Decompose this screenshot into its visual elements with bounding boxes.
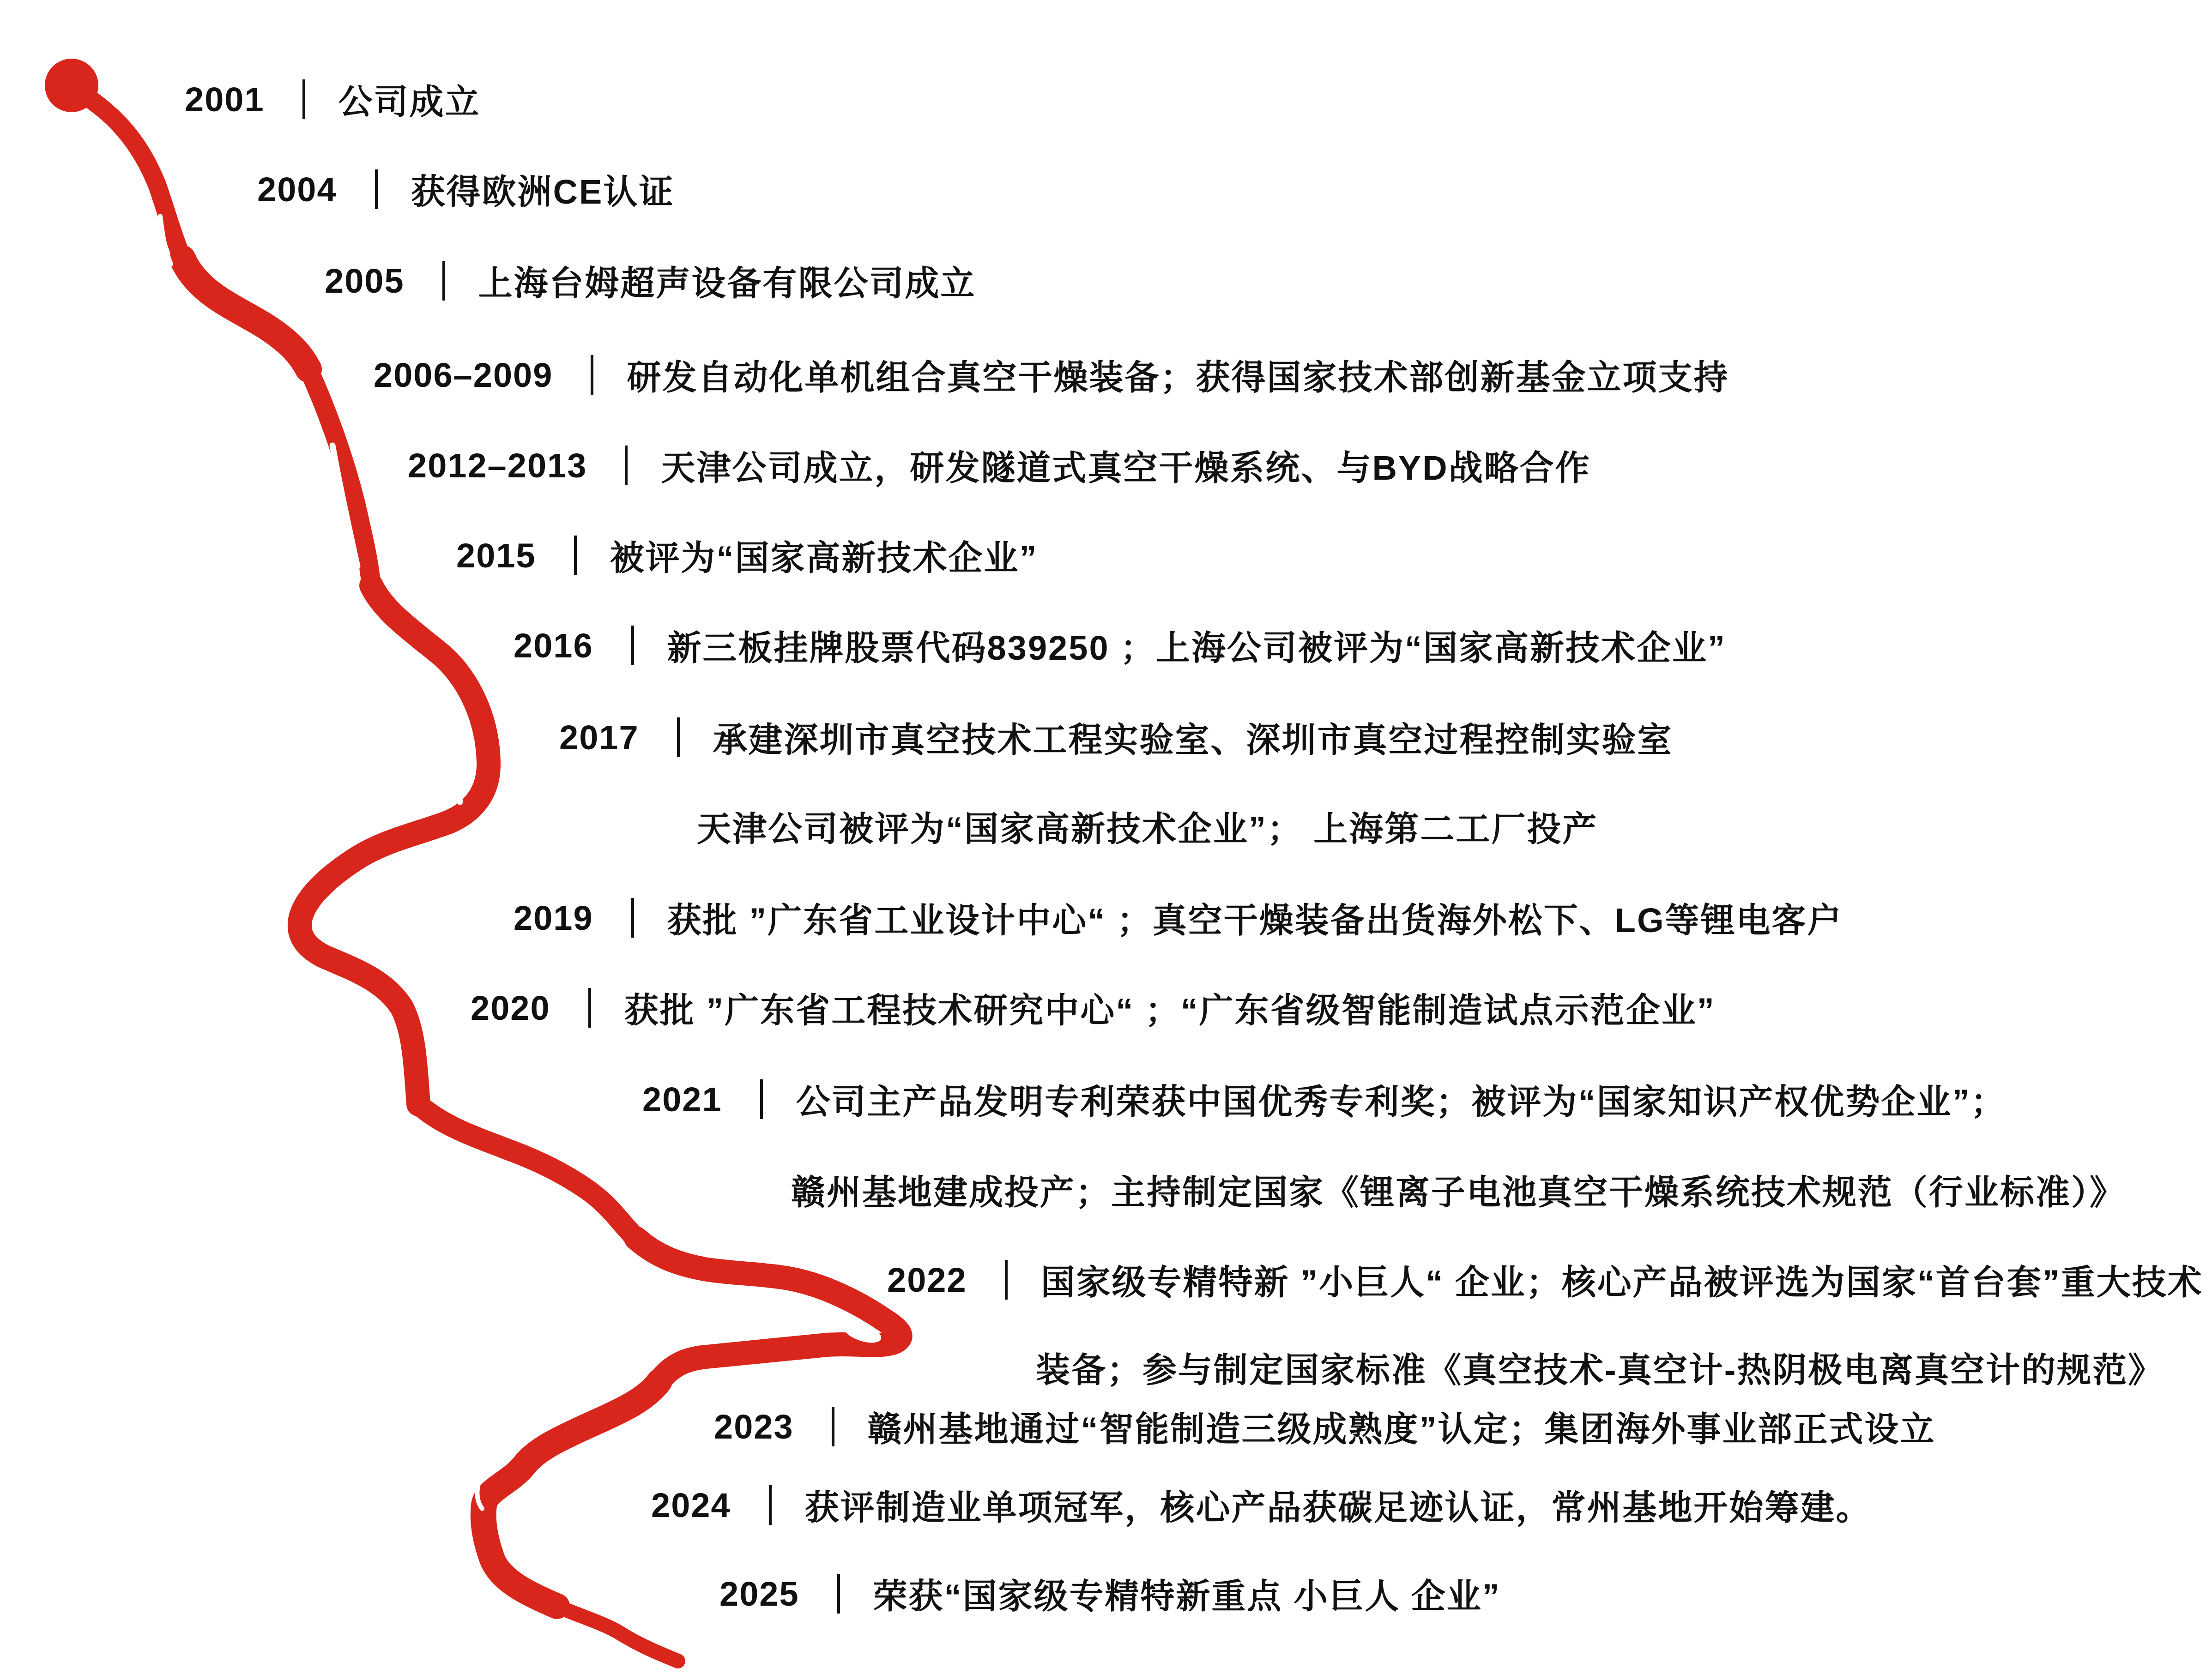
separator-bar bbox=[625, 446, 628, 485]
separator-bar bbox=[760, 1079, 763, 1119]
separator-bar bbox=[837, 1574, 840, 1614]
milestone-text: 获得欧洲CE认证 bbox=[411, 165, 675, 214]
timeline-row: 2020 获批 ”广东省工程技术研究中心“ ；“广东省级智能制造试点示范企业” bbox=[471, 983, 1716, 1032]
milestone-text: 获批 ”广东省工程技术研究中心“ ；“广东省级智能制造试点示范企业” bbox=[624, 983, 1716, 1032]
milestone-text: 国家级专精特新 ”小巨人“ 企业；核心产品被评选为国家“首台套”重大技术 bbox=[1041, 1255, 2203, 1304]
timeline-row: 天津公司被评为“国家高新技术企业”； 上海第二工厂投产 bbox=[697, 802, 1598, 851]
timeline-row: 2023 赣州基地通过“智能制造三级成熟度”认定；集团海外事业部正式设立 bbox=[714, 1402, 1936, 1451]
timeline-row: 2016 新三板挂牌股票代码839250 ；上海公司被评为“国家高新技术企业” bbox=[514, 621, 1726, 670]
milestones-canvas: 2001 公司成立 2004 获得欧洲CE认证 2005 上海台姆超声设备有限公… bbox=[0, 0, 2212, 1674]
year-label: 2006–2009 bbox=[374, 355, 553, 395]
milestone-text: 天津公司成立，研发隧道式真空干燥系统、与BYD战略合作 bbox=[661, 441, 1590, 490]
separator-bar bbox=[591, 355, 593, 395]
milestone-text: 赣州基地通过“智能制造三级成熟度”认定；集团海外事业部正式设立 bbox=[868, 1402, 1936, 1451]
milestone-text: 上海台姆超声设备有限公司成立 bbox=[478, 256, 976, 305]
separator-bar bbox=[588, 988, 591, 1028]
milestone-text: 公司成立 bbox=[338, 75, 481, 124]
separator-bar bbox=[302, 79, 305, 119]
timeline-row: 2025 荣获“国家级专精特新重点 小巨人 企业” bbox=[719, 1569, 1501, 1618]
year-label: 2016 bbox=[514, 626, 593, 665]
timeline: 2001 公司成立 2004 获得欧洲CE认证 2005 上海台姆超声设备有限公… bbox=[0, 0, 2212, 1674]
timeline-row: 装备；参与制定国家标准《真空技术-真空计-热阴极电离真空计的规范》 bbox=[1036, 1343, 2164, 1392]
timeline-row: 2015 被评为“国家高新技术企业” bbox=[456, 531, 1038, 580]
year-label: 2001 bbox=[185, 80, 265, 119]
milestone-text: 公司主产品发明专利荣获中国优秀专利奖；被评为“国家知识产权优势企业”； bbox=[796, 1075, 2007, 1124]
timeline-row: 赣州基地建成投产；主持制定国家《锂离子电池真空干燥系统技术规范（行业标准）》 bbox=[791, 1165, 2125, 1214]
year-label: 2020 bbox=[471, 988, 550, 1028]
timeline-row: 2022 国家级专精特新 ”小巨人“ 企业；核心产品被评选为国家“首台套”重大技… bbox=[887, 1255, 2203, 1304]
milestone-text: 被评为“国家高新技术企业” bbox=[610, 531, 1038, 580]
timeline-row: 2006–2009 研发自动化单机组合真空干燥装备；获得国家技术部创新基金立项支… bbox=[374, 350, 1729, 399]
milestone-text: 新三板挂牌股票代码839250 ；上海公司被评为“国家高新技术企业” bbox=[667, 621, 1727, 670]
separator-bar bbox=[375, 169, 378, 209]
separator-bar bbox=[442, 261, 445, 301]
milestone-text: 天津公司被评为“国家高新技术企业”； 上海第二工厂投产 bbox=[697, 802, 1598, 851]
timeline-row: 2005 上海台姆超声设备有限公司成立 bbox=[325, 256, 976, 305]
year-label: 2024 bbox=[651, 1486, 731, 1525]
milestone-text: 荣获“国家级专精特新重点 小巨人 企业” bbox=[873, 1569, 1501, 1618]
separator-bar bbox=[631, 898, 634, 938]
timeline-row: 2001 公司成立 bbox=[185, 75, 481, 124]
milestone-text: 承建深圳市真空技术工程实验室、深圳市真空过程控制实验室 bbox=[713, 713, 1673, 762]
year-label: 2012–2013 bbox=[408, 446, 587, 485]
timeline-row: 2012–2013 天津公司成立，研发隧道式真空干燥系统、与BYD战略合作 bbox=[408, 441, 1591, 490]
milestone-text: 研发自动化单机组合真空干燥装备；获得国家技术部创新基金立项支持 bbox=[627, 350, 1729, 399]
timeline-row: 2004 获得欧洲CE认证 bbox=[257, 165, 674, 214]
year-label: 2023 bbox=[714, 1407, 794, 1446]
separator-bar bbox=[631, 626, 634, 665]
separator-bar bbox=[677, 717, 680, 757]
year-label: 2017 bbox=[559, 718, 639, 757]
milestone-text: 获批 ”广东省工业设计中心“ ；真空干燥装备出货海外松下、LG等锂电客户 bbox=[667, 893, 1843, 942]
year-label: 2025 bbox=[719, 1574, 799, 1614]
timeline-row: 2024 获评制造业单项冠军，核心产品获碳足迹认证，常州基地开始筹建。 bbox=[651, 1481, 1872, 1529]
timeline-row: 2021 公司主产品发明专利荣获中国优秀专利奖；被评为“国家知识产权优势企业”； bbox=[642, 1075, 2007, 1124]
separator-bar bbox=[832, 1407, 834, 1446]
separator-bar bbox=[769, 1485, 772, 1525]
timeline-row: 2019 获批 ”广东省工业设计中心“ ；真空干燥装备出货海外松下、LG等锂电客… bbox=[514, 893, 1843, 942]
year-label: 2015 bbox=[456, 536, 536, 575]
milestone-text: 获评制造业单项冠军，核心产品获碳足迹认证，常州基地开始筹建。 bbox=[805, 1481, 1872, 1529]
year-label: 2019 bbox=[514, 898, 593, 938]
year-label: 2022 bbox=[887, 1260, 967, 1300]
milestone-text: 赣州基地建成投产；主持制定国家《锂离子电池真空干燥系统技术规范（行业标准）》 bbox=[791, 1165, 2125, 1214]
separator-bar bbox=[574, 536, 577, 575]
year-label: 2004 bbox=[257, 170, 337, 209]
timeline-row: 2017 承建深圳市真空技术工程实验室、深圳市真空过程控制实验室 bbox=[559, 713, 1673, 762]
milestone-text: 装备；参与制定国家标准《真空技术-真空计-热阴极电离真空计的规范》 bbox=[1036, 1343, 2164, 1392]
year-label: 2005 bbox=[325, 261, 405, 301]
separator-bar bbox=[1005, 1260, 1008, 1300]
year-label: 2021 bbox=[642, 1080, 722, 1119]
